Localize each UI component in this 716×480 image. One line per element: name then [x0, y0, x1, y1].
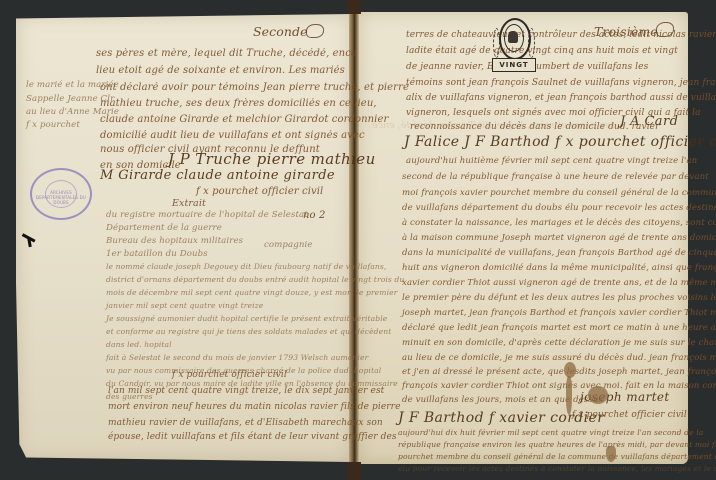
right-final-2: république française environ les quatre …: [398, 440, 716, 449]
right-body-3: moi françois xavier pourchet membre du c…: [402, 188, 716, 198]
signature-truche: J P Truche pierre mathieu: [168, 150, 376, 168]
extract-line-1: du registre mortuaire de l'hopital de Se…: [106, 210, 308, 220]
left-line-2: lieu etoit agé de soixante et environ. L…: [96, 65, 345, 76]
extract-line-5: le nommé claude joseph Degouey dit Dieu …: [106, 262, 386, 271]
right-body-10: le premier père du défunt et les deux au…: [402, 293, 716, 303]
left-line-4: mathieu truche, ses deux frères domicili…: [100, 98, 377, 109]
extract-line-9: Je soussigné aumonier dudit hopital cert…: [106, 314, 387, 323]
extract-line-12: fait à Selestat le second du mois de jan…: [106, 353, 368, 362]
right-body-7: dans la municipalité de vuillafans, jean…: [402, 248, 716, 258]
right-body-13: minuit en son domicile, d'après cette dé…: [402, 338, 716, 348]
extract-title: Extrait: [172, 198, 206, 209]
right-body-4: de vuillafans département du doubs élu p…: [402, 203, 716, 213]
ink-blot-round: [588, 386, 608, 404]
signature-card: J A Card: [620, 114, 678, 129]
left-line-6: domicilié audit lieu de vuillafans et on…: [100, 130, 365, 141]
left-final-3: mathieu ravier de vuillafans, et d'Elisa…: [108, 418, 383, 428]
right-body-2: second de la république française à une …: [402, 172, 709, 182]
spine-bottom: [347, 462, 361, 480]
right-body-8: huit ans vigneron domicilié dans la même…: [402, 263, 716, 273]
right-body-5: à constater la naissance, les mariages e…: [402, 218, 716, 228]
extract-line-2: Département de la guerre: [106, 223, 222, 233]
margin-note-3: au lieu d'Anne Marie: [26, 107, 119, 117]
right-line-2: ladite était agé de quatre vingt cinq an…: [406, 46, 678, 56]
extract-company-label: compagnie: [264, 240, 313, 250]
right-line-4: témoins sont jean françois Saulnet de vu…: [406, 78, 716, 88]
right-body-1: aujourd'hui huitième février mil sept ce…: [406, 156, 697, 166]
left-line-1: ses pères et mère, lequel dit Truche, dé…: [96, 48, 357, 59]
right-body-9: xavier cordier Thiot aussi vigneron agé …: [402, 278, 716, 288]
right-final-1: aujourd'hui dix huit février mil sept ce…: [398, 428, 703, 437]
archive-stamp-label: ARCHIVES DEPARTEMENTALES DU DOUBS: [32, 190, 90, 205]
ink-drip: [566, 376, 572, 414]
extract-line-7: mois de décembre mil sept cent quatre vi…: [106, 288, 397, 297]
fiscal-stamp: VINGT: [490, 14, 536, 80]
left-page-header: Seconde: [253, 24, 308, 39]
right-line-1: terres de chateauvieux et contrôleur des…: [406, 30, 716, 40]
right-body-6: à la maison commune Joseph martet vigner…: [402, 233, 716, 243]
margin-note-4: f x pourchet: [26, 120, 80, 130]
left-line-3: ont déclaré avoir pour témoins Jean pier…: [100, 82, 409, 93]
right-body-17: de vuillafans les jours, mois et an que …: [402, 395, 603, 405]
extract-line-3: Bureau des hopitaux militaires: [106, 236, 243, 246]
margin-note-2: Sappelle Jeanne Clr: [26, 94, 114, 104]
signature-pourchet-2: f x pourchet officier civil: [572, 410, 687, 420]
left-line-5: claude antoine Girarde et melchior Girar…: [100, 114, 388, 125]
signature-girarde: M Girarde claude antoine girarde: [100, 168, 335, 183]
signature-pourchet-1: f x pourchet officier civil: [196, 186, 323, 197]
right-body-11: joseph martet, jean françois Barthod et …: [402, 308, 716, 318]
extract-line-4: 1er bataillon du Doubs: [106, 249, 208, 259]
right-final-3: pourchet membre du conseil général de la…: [398, 452, 716, 461]
margin-note-1: le marié et la mariée: [26, 80, 119, 90]
left-final-1: l'an mil sept cent quatre vingt treize, …: [108, 386, 384, 396]
extract-line-11: dans led. hopital: [106, 340, 172, 349]
stamp-figure-icon: [508, 31, 518, 43]
extract-line-10: et conforme au registre qui je tiens des…: [106, 327, 391, 336]
archive-stamp: ARCHIVES DEPARTEMENTALES DU DOUBS: [30, 168, 92, 220]
signatures-top-row: J Falice J F Barthod f x pourchet offici…: [404, 134, 716, 150]
ink-blot-bottom: [606, 446, 616, 462]
extract-signature: f x pourchet officier civil: [172, 370, 287, 380]
right-final-4: élu pour recevoir les actes destinés à c…: [398, 464, 716, 473]
right-body-14: au lieu de ce domicile, je me suis assur…: [402, 353, 716, 363]
left-final-2: mort environ neuf heures du matin nicola…: [108, 402, 401, 412]
stamp-banner: VINGT: [492, 58, 536, 72]
left-final-4: épouse, ledit vuillafans et fils étant d…: [108, 432, 397, 442]
right-body-15: et j'en ai dressé le présent acte, que l…: [402, 367, 716, 377]
spine-top: [347, 0, 361, 14]
right-line-5: alix de vuillafans vigneron, et jean fra…: [406, 93, 716, 103]
extract-line-8: janvier mil sept cent quatre vingt treiz…: [106, 301, 263, 310]
extract-line-6: district d'ornans département du doubs e…: [106, 275, 404, 284]
right-body-12: déclaré que ledit jean françois martet e…: [402, 323, 716, 333]
paraph-mark: [306, 24, 324, 38]
